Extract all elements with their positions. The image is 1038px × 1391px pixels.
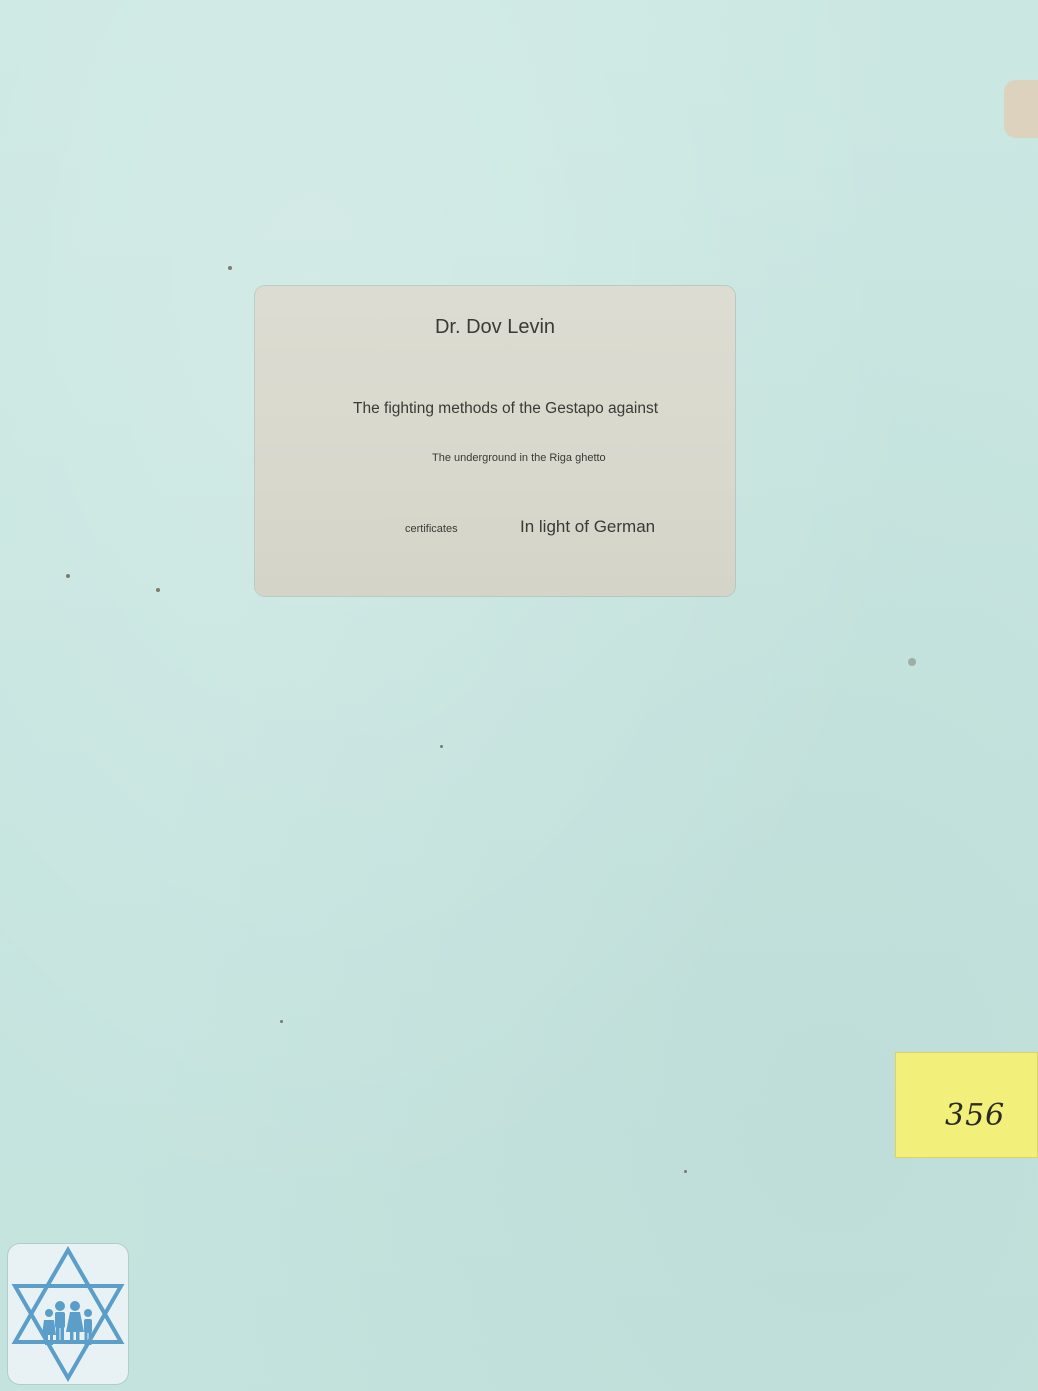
stain-speck [66, 574, 70, 578]
star-of-david-family-icon [8, 1244, 128, 1384]
stain-speck [440, 745, 443, 748]
archive-logo [8, 1244, 128, 1384]
stain-speck [280, 1020, 283, 1023]
title-line-2: The underground in the Riga ghetto [432, 452, 606, 464]
catalog-number-sticker: 356 [895, 1052, 1038, 1158]
title-line-3-large: In light of German [520, 517, 655, 537]
stain-speck [228, 266, 232, 270]
stain-speck [908, 658, 916, 666]
folder-cover [0, 0, 1038, 1391]
title-line-3-small: certificates [405, 523, 458, 535]
torn-tape-corner [1004, 80, 1038, 138]
title-label: Dr. Dov Levin The fighting methods of th… [255, 286, 735, 596]
title-line-1: The fighting methods of the Gestapo agai… [353, 400, 658, 418]
catalog-number: 356 [945, 1098, 1005, 1133]
author-name: Dr. Dov Levin [255, 316, 735, 339]
stain-speck [156, 588, 160, 592]
stain-speck [684, 1170, 687, 1173]
